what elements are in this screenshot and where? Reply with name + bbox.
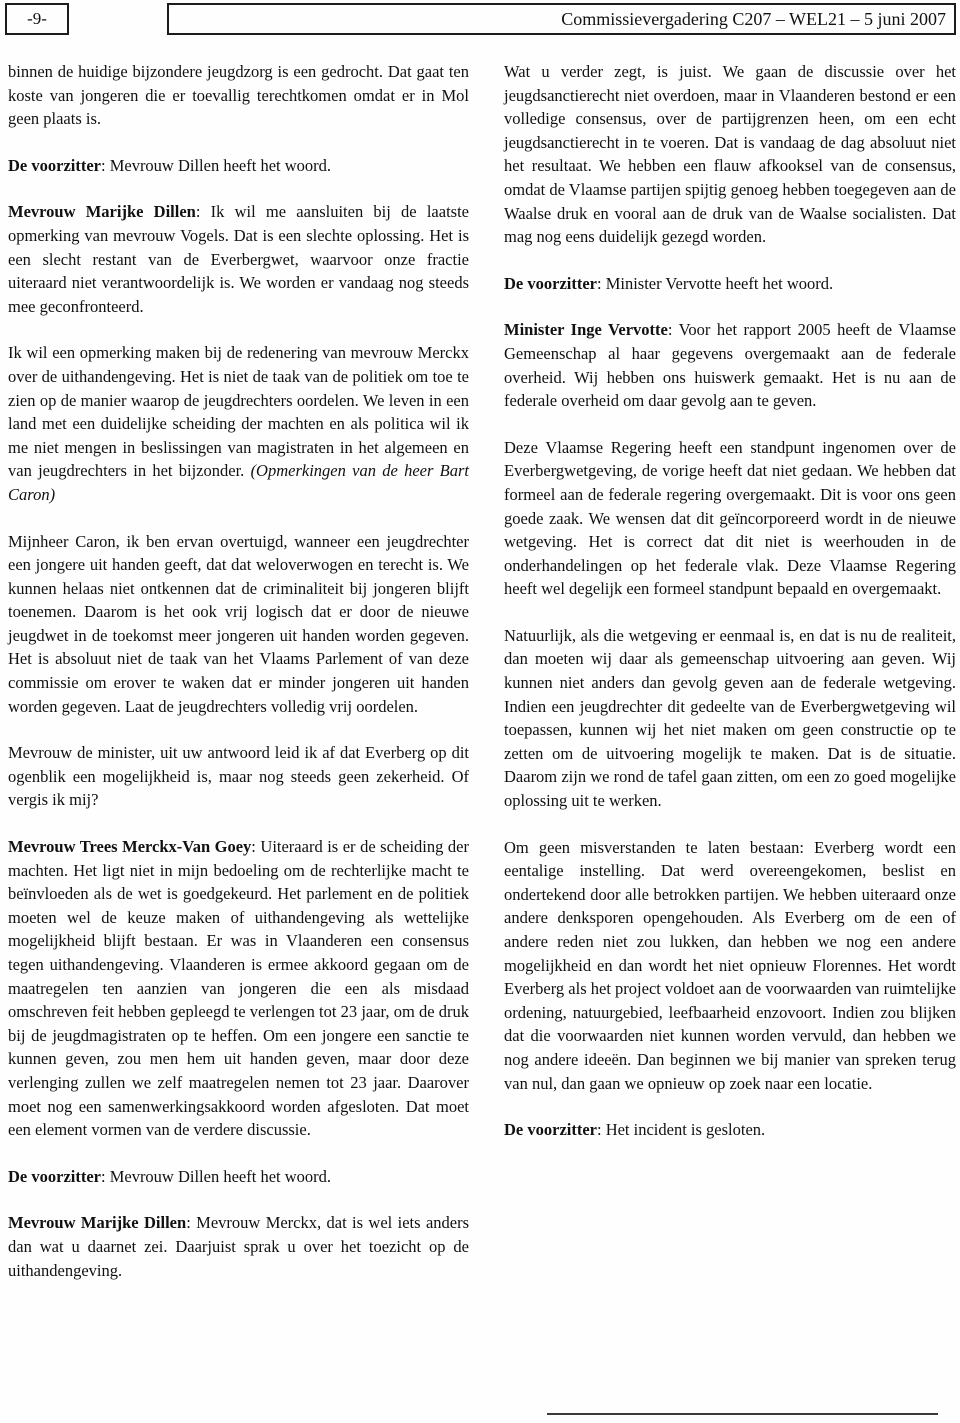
- column-left: binnen de huidige bijzondere jeugdzorg i…: [8, 60, 469, 1305]
- speaker-name: De voorzitter: [8, 156, 101, 175]
- speaker-name: De voorzitter: [504, 1120, 597, 1139]
- body-text: Deze Vlaamse Regering heeft een standpun…: [504, 438, 956, 599]
- column-right: Wat u verder zegt, is juist. We gaan de …: [504, 60, 956, 1165]
- body-text: Mijnheer Caron, ik ben ervan overtuigd, …: [8, 532, 469, 716]
- paragraph: Mevrouw de minister, uit uw antwoord lei…: [8, 741, 469, 812]
- paragraph: binnen de huidige bijzondere jeugdzorg i…: [8, 60, 469, 131]
- paragraph: Om geen misverstanden te laten bestaan: …: [504, 836, 956, 1096]
- paragraph: Mevrouw Marijke Dillen: Ik wil me aanslu…: [8, 200, 469, 318]
- body-text: Mevrouw de minister, uit uw antwoord lei…: [8, 743, 469, 809]
- paragraph: Minister Inge Vervotte: Voor het rapport…: [504, 318, 956, 412]
- paragraph: Ik wil een opmerking maken bij de redene…: [8, 341, 469, 506]
- page-number-box: -9-: [5, 3, 69, 35]
- body-text: Om geen misverstanden te laten bestaan: …: [504, 838, 956, 1093]
- page-number: -9-: [27, 9, 47, 29]
- speaker-name: Minister Inge Vervotte: [504, 320, 668, 339]
- paragraph: Wat u verder zegt, is juist. We gaan de …: [504, 60, 956, 249]
- speaker-name: Mevrouw Marijke Dillen: [8, 1213, 186, 1232]
- body-text: : Mevrouw Dillen heeft het woord.: [101, 156, 331, 175]
- footnote-separator-rule: [547, 1413, 938, 1415]
- paragraph: Deze Vlaamse Regering heeft een standpun…: [504, 436, 956, 601]
- body-text: Natuurlijk, als die wetgeving er eenmaal…: [504, 626, 956, 810]
- paragraph: De voorzitter: Mevrouw Dillen heeft het …: [8, 154, 469, 178]
- speaker-name: Mevrouw Trees Merckx-Van Goey: [8, 837, 251, 856]
- body-text: binnen de huidige bijzondere jeugdzorg i…: [8, 62, 469, 128]
- paragraph: Mijnheer Caron, ik ben ervan overtuigd, …: [8, 530, 469, 719]
- body-text: : Het incident is gesloten.: [597, 1120, 765, 1139]
- speaker-name: De voorzitter: [8, 1167, 101, 1186]
- body-text: Ik wil een opmerking maken bij de redene…: [8, 343, 469, 480]
- body-text: : Minister Vervotte heeft het woord.: [597, 274, 833, 293]
- header-title: Commissievergadering C207 – WEL21 – 5 ju…: [561, 9, 946, 30]
- body-text: : Mevrouw Dillen heeft het woord.: [101, 1167, 331, 1186]
- paragraph: Natuurlijk, als die wetgeving er eenmaal…: [504, 624, 956, 813]
- speaker-name: De voorzitter: [504, 274, 597, 293]
- paragraph: De voorzitter: Mevrouw Dillen heeft het …: [8, 1165, 469, 1189]
- paragraph: Mevrouw Marijke Dillen: Mevrouw Merckx, …: [8, 1211, 469, 1282]
- header-title-box: Commissievergadering C207 – WEL21 – 5 ju…: [167, 3, 956, 35]
- paragraph: De voorzitter: Het incident is gesloten.: [504, 1118, 956, 1142]
- body-text: Wat u verder zegt, is juist. We gaan de …: [504, 62, 956, 246]
- paragraph: Mevrouw Trees Merckx-Van Goey: Uiteraard…: [8, 835, 469, 1142]
- body-text: : Uiteraard is er de scheiding der macht…: [8, 837, 469, 1139]
- speaker-name: Mevrouw Marijke Dillen: [8, 202, 196, 221]
- document-page: -9- Commissievergadering C207 – WEL21 – …: [0, 0, 960, 1423]
- paragraph: De voorzitter: Minister Vervotte heeft h…: [504, 272, 956, 296]
